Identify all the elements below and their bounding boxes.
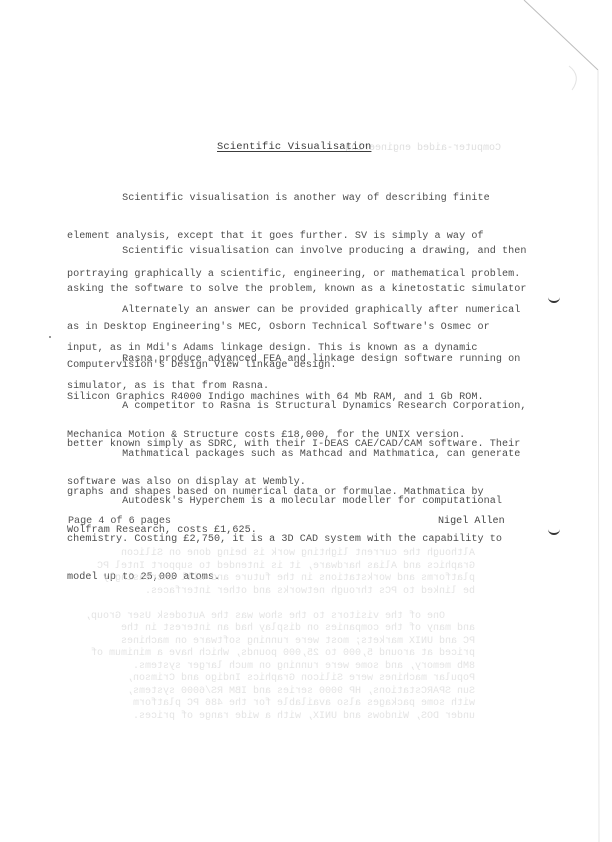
punch-hole-mark [548,295,560,303]
text-line: chemistry. Costing £2,750, it is a 3D CA… [67,534,502,547]
text-line: Scientific visualisation is another way … [67,193,520,206]
text-line: Mathmatical packages such as Mathcad and… [67,449,520,462]
text-line: Alternately an answer can be provided gr… [67,305,520,318]
text-line: Rasna produce advanced FEA and linkage d… [67,354,520,367]
page-title: Scientific Visualisation [217,141,371,153]
punch-hole-mark [548,527,560,535]
text-line: Autodesk's Hyperchem is a molecular mode… [67,496,502,509]
text-line: Scientific visualisation can involve pro… [67,246,526,259]
text-line: A competitor to Rasna is Structural Dyna… [67,401,526,414]
author-name: Nigel Allen [438,516,505,527]
document-page: Computer-aided engineering Scientific Vi… [0,0,612,842]
margin-mark [49,336,51,338]
page-number: Page 4 of 6 pages [68,516,171,527]
bleed-through-text: Although the current lighting work is be… [95,548,475,723]
folded-corner [520,0,612,842]
